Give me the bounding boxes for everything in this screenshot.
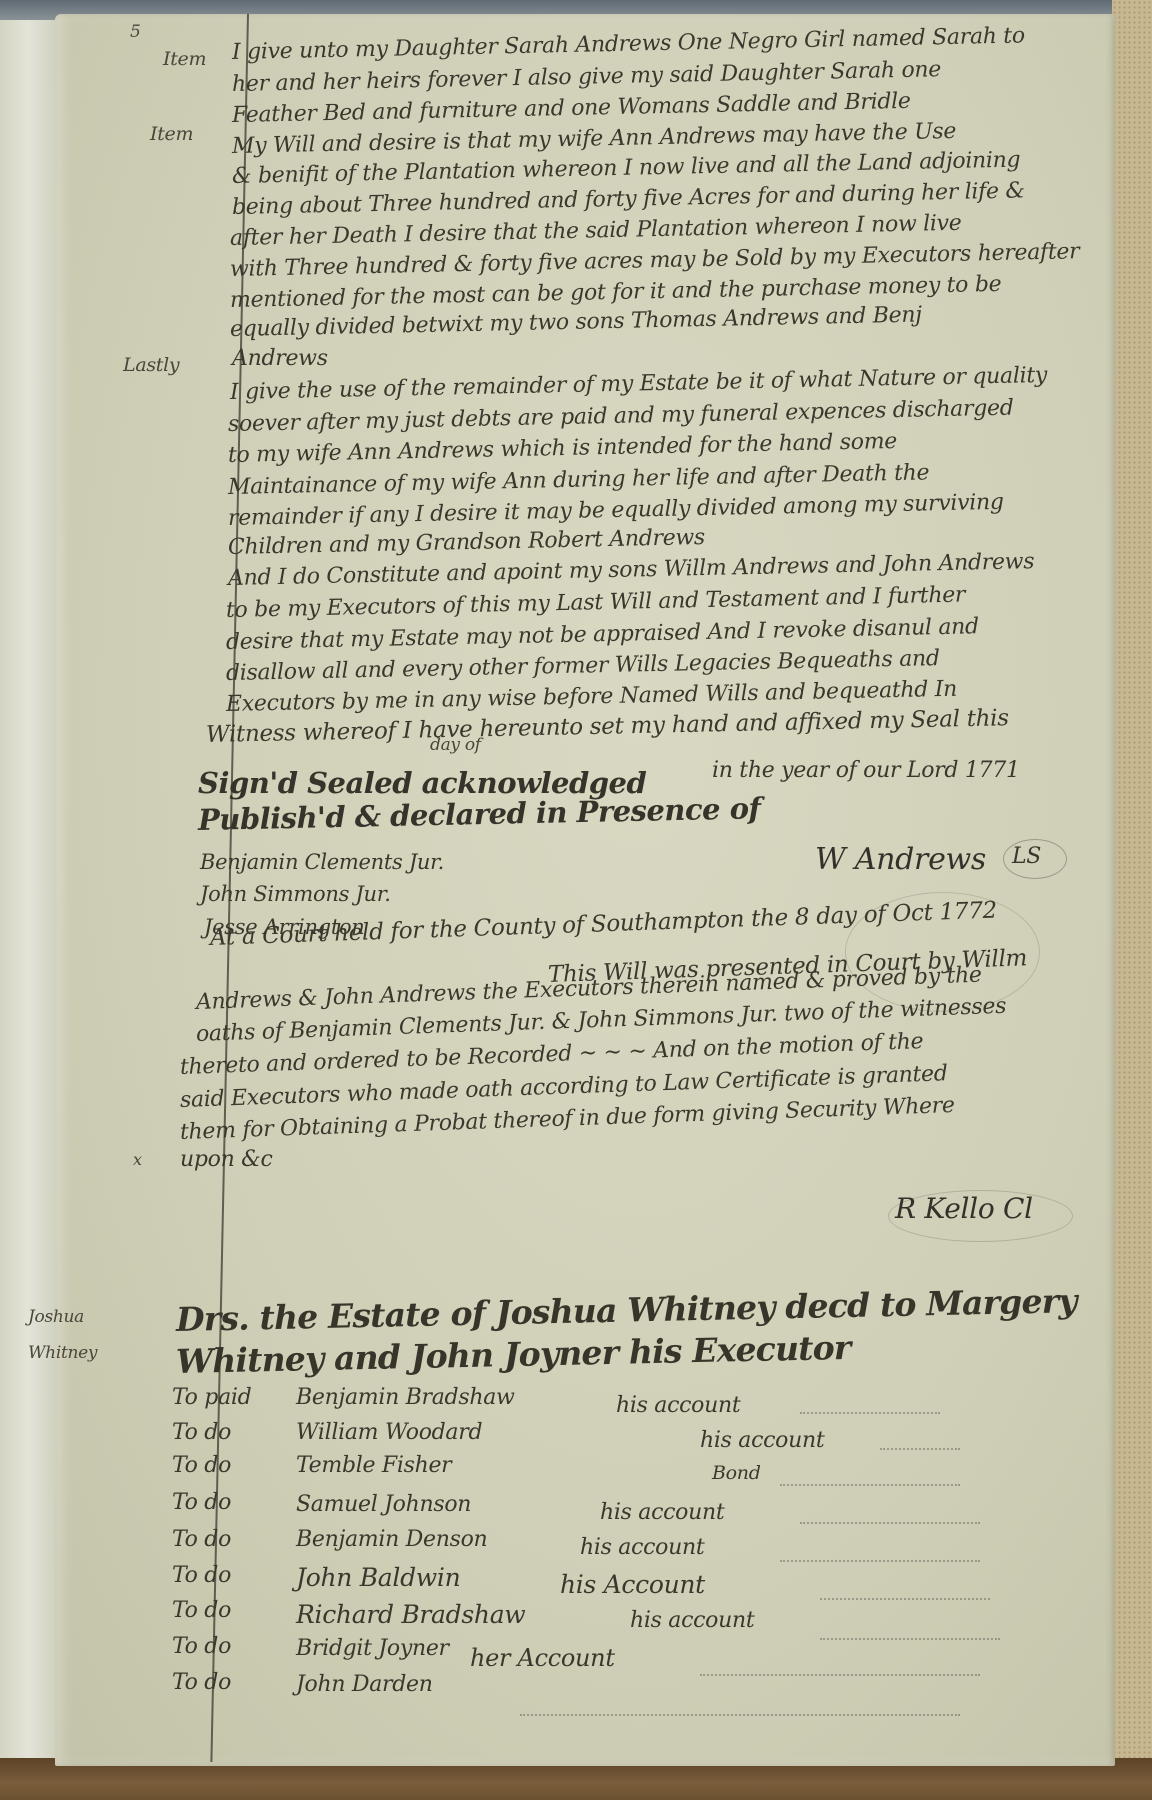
entry-desc: Bond bbox=[712, 1462, 761, 1484]
margin-note-item-2: Item bbox=[150, 123, 193, 145]
day-of-insertion: day of bbox=[430, 735, 481, 755]
seal-label: LS bbox=[1012, 844, 1041, 869]
dotted-leader bbox=[520, 1714, 960, 1716]
margin-note-joshua: Joshua bbox=[28, 1307, 84, 1327]
entry-name: Temble Fisher bbox=[296, 1453, 451, 1478]
entry-name: John Darden bbox=[296, 1672, 433, 1697]
entry-desc: his Account bbox=[560, 1570, 705, 1599]
entry-desc: his account bbox=[600, 1500, 724, 1525]
will-line-year: in the year of our Lord 1771 bbox=[712, 758, 1020, 783]
dotted-leader bbox=[820, 1638, 1000, 1640]
entry-prefix: To do bbox=[172, 1490, 231, 1515]
entry-prefix: To paid bbox=[172, 1385, 251, 1410]
entry-name: Benjamin Bradshaw bbox=[296, 1385, 515, 1410]
entry-prefix: To do bbox=[172, 1420, 231, 1445]
court-line: upon &c bbox=[180, 1147, 272, 1172]
dotted-leader bbox=[880, 1448, 960, 1450]
dotted-leader bbox=[780, 1484, 960, 1486]
clerk-signature-flourish bbox=[888, 1190, 1073, 1242]
margin-note-lastly: Lastly bbox=[123, 354, 179, 376]
witness-name: Benjamin Clements Jur. bbox=[200, 850, 444, 874]
entry-name: William Woodard bbox=[296, 1420, 482, 1445]
will-line: Andrews bbox=[232, 346, 328, 371]
entry-name: Richard Bradshaw bbox=[296, 1600, 525, 1629]
entry-prefix: To do bbox=[172, 1527, 231, 1552]
entry-desc: his account bbox=[630, 1608, 754, 1633]
entry-name: Bridgit Joyner bbox=[296, 1636, 449, 1661]
dotted-leader bbox=[820, 1598, 990, 1600]
dotted-leader bbox=[700, 1674, 980, 1676]
margin-x-mark: x bbox=[133, 1150, 142, 1169]
entry-desc: her Account bbox=[470, 1644, 615, 1672]
dotted-leader bbox=[780, 1560, 980, 1562]
entry-desc: his account bbox=[616, 1393, 740, 1418]
dotted-leader bbox=[800, 1412, 940, 1414]
entry-prefix: To do bbox=[172, 1670, 231, 1695]
page-number: 5 bbox=[130, 22, 141, 42]
entry-name: Samuel Johnson bbox=[296, 1492, 471, 1517]
book-binding-cloth bbox=[1112, 0, 1152, 1800]
entry-prefix: To do bbox=[172, 1634, 231, 1659]
witness-name: John Simmons Jur. bbox=[200, 882, 391, 906]
entry-prefix: To do bbox=[172, 1563, 231, 1588]
entry-prefix: To do bbox=[172, 1453, 231, 1478]
dotted-leader bbox=[800, 1522, 980, 1524]
testator-signature: W Andrews bbox=[815, 842, 986, 877]
margin-note-item-1: Item bbox=[163, 48, 206, 70]
entry-name: Benjamin Denson bbox=[296, 1527, 487, 1552]
entry-name: John Baldwin bbox=[296, 1563, 460, 1592]
entry-desc: his account bbox=[580, 1535, 704, 1560]
entry-desc: his account bbox=[700, 1428, 824, 1453]
entry-prefix: To do bbox=[172, 1598, 231, 1623]
margin-note-whitney: Whitney bbox=[28, 1343, 97, 1363]
